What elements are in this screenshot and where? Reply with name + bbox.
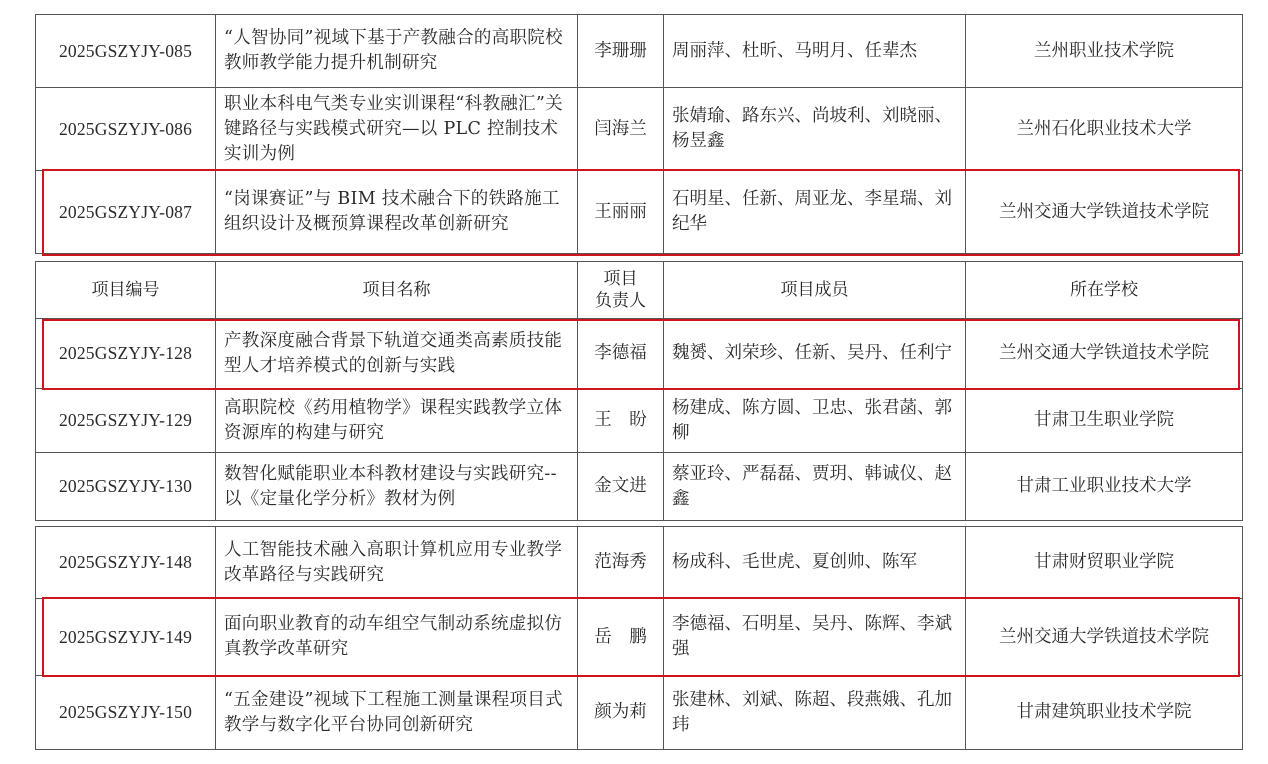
table-row: 2025GSZYJY-130 数智化赋能职业本科教材建设与实践研究--以《定量化… [36, 453, 1243, 521]
project-name: “岗课赛证”与 BIM 技术融合下的铁路施工组织设计及概预算课程改革创新研究 [216, 171, 578, 254]
project-code: 2025GSZYJY-130 [36, 453, 216, 521]
header-lead-line-2: 负责人 [586, 290, 655, 312]
project-name: 产教深度融合背景下轨道交通类高素质技能型人才培养模式的创新与实践 [216, 319, 578, 389]
table-row: 2025GSZYJY-150 “五金建设”视域下工程施工测量课程项目式教学与数字… [36, 676, 1243, 750]
project-lead: 岳 鹏 [578, 599, 664, 676]
project-code: 2025GSZYJY-129 [36, 389, 216, 453]
project-school: 兰州交通大学铁道技术学院 [966, 319, 1243, 389]
project-name: “人智协同”视域下基于产教融合的高职院校教师教学能力提升机制研究 [216, 15, 578, 88]
header-project-lead: 项目 负责人 [578, 262, 664, 319]
table-header-row: 项目编号 项目名称 项目 负责人 项目成员 所在学校 [36, 262, 1243, 319]
project-code: 2025GSZYJY-150 [36, 676, 216, 750]
project-lead: 颜为莉 [578, 676, 664, 750]
project-members: 张建林、刘斌、陈超、段燕娥、孔加玮 [664, 676, 966, 750]
project-code: 2025GSZYJY-148 [36, 527, 216, 599]
project-members: 李德福、石明星、吴丹、陈辉、李斌强 [664, 599, 966, 676]
project-members: 杨建成、陈方圆、卫忠、张君菡、郭柳 [664, 389, 966, 453]
project-lead: 王丽丽 [578, 171, 664, 254]
table-row: 2025GSZYJY-087 “岗课赛证”与 BIM 技术融合下的铁路施工组织设… [36, 171, 1243, 254]
header-project-name: 项目名称 [216, 262, 578, 319]
project-school: 甘肃工业职业技术大学 [966, 453, 1243, 521]
table-segment-2: 项目编号 项目名称 项目 负责人 项目成员 所在学校 2025GSZYJY-12… [35, 261, 1243, 521]
project-name: “五金建设”视域下工程施工测量课程项目式教学与数字化平台协同创新研究 [216, 676, 578, 750]
project-members: 杨成科、毛世虎、夏创帅、陈军 [664, 527, 966, 599]
header-lead-line-1: 项目 [586, 268, 655, 290]
project-name: 数智化赋能职业本科教材建设与实践研究--以《定量化学分析》教材为例 [216, 453, 578, 521]
table-row: 2025GSZYJY-085 “人智协同”视域下基于产教融合的高职院校教师教学能… [36, 15, 1243, 88]
project-name: 高职院校《药用植物学》课程实践教学立体资源库的构建与研究 [216, 389, 578, 453]
project-school: 兰州职业技术学院 [966, 15, 1243, 88]
project-members: 周丽萍、杜昕、马明月、任辈杰 [664, 15, 966, 88]
project-lead: 王 盼 [578, 389, 664, 453]
table-row: 2025GSZYJY-129 高职院校《药用植物学》课程实践教学立体资源库的构建… [36, 389, 1243, 453]
project-code: 2025GSZYJY-149 [36, 599, 216, 676]
project-lead: 金文进 [578, 453, 664, 521]
project-school: 兰州石化职业技术大学 [966, 88, 1243, 171]
project-lead: 闫海兰 [578, 88, 664, 171]
project-code: 2025GSZYJY-128 [36, 319, 216, 389]
project-lead: 李珊珊 [578, 15, 664, 88]
project-code: 2025GSZYJY-085 [36, 15, 216, 88]
project-lead: 李德福 [578, 319, 664, 389]
project-school: 甘肃建筑职业技术学院 [966, 676, 1243, 750]
table-segment-1: 2025GSZYJY-085 “人智协同”视域下基于产教融合的高职院校教师教学能… [35, 14, 1243, 254]
project-school: 甘肃卫生职业学院 [966, 389, 1243, 453]
project-school: 兰州交通大学铁道技术学院 [966, 171, 1243, 254]
project-school: 甘肃财贸职业学院 [966, 527, 1243, 599]
project-lead: 范海秀 [578, 527, 664, 599]
project-name: 职业本科电气类专业实训课程“科教融汇”关键路径与实践模式研究—以 PLC 控制技… [216, 88, 578, 171]
header-project-members: 项目成员 [664, 262, 966, 319]
table-row: 2025GSZYJY-086 职业本科电气类专业实训课程“科教融汇”关键路径与实… [36, 88, 1243, 171]
project-code: 2025GSZYJY-087 [36, 171, 216, 254]
project-members: 蔡亚玲、严磊磊、贾玥、韩诚仪、赵鑫 [664, 453, 966, 521]
table-row: 2025GSZYJY-148 人工智能技术融入高职计算机应用专业教学改革路径与实… [36, 527, 1243, 599]
project-members: 石明星、任新、周亚龙、李星瑞、刘纪华 [664, 171, 966, 254]
project-members: 魏赟、刘荣珍、任新、吴丹、任利宁 [664, 319, 966, 389]
project-school: 兰州交通大学铁道技术学院 [966, 599, 1243, 676]
project-name: 人工智能技术融入高职计算机应用专业教学改革路径与实践研究 [216, 527, 578, 599]
header-project-school: 所在学校 [966, 262, 1243, 319]
project-name: 面向职业教育的动车组空气制动系统虚拟仿真教学改革研究 [216, 599, 578, 676]
table-row: 2025GSZYJY-128 产教深度融合背景下轨道交通类高素质技能型人才培养模… [36, 319, 1243, 389]
header-project-code: 项目编号 [36, 262, 216, 319]
table-row: 2025GSZYJY-149 面向职业教育的动车组空气制动系统虚拟仿真教学改革研… [36, 599, 1243, 676]
project-members: 张婧瑜、路东兴、尚坡利、刘晓丽、杨昱鑫 [664, 88, 966, 171]
table-segment-3: 2025GSZYJY-148 人工智能技术融入高职计算机应用专业教学改革路径与实… [35, 526, 1243, 750]
project-code: 2025GSZYJY-086 [36, 88, 216, 171]
